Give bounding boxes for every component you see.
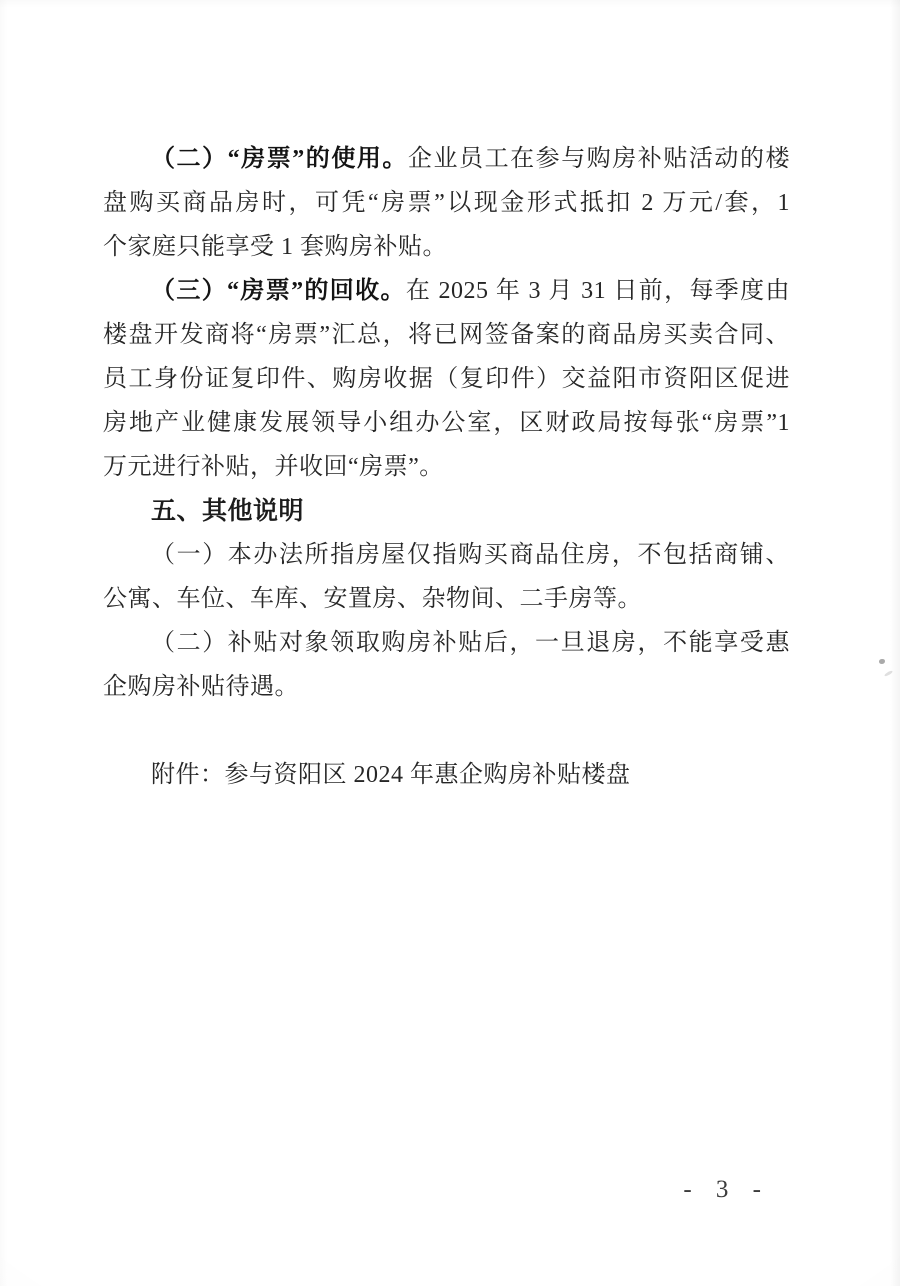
attachment-line: 附件：参与资阳区 2024 年惠企购房补贴楼盘 <box>103 753 790 797</box>
paragraph-text: 公寓、车位、车库、安置房、杂物间、二手房等。 <box>103 586 642 612</box>
paragraph-line: 公寓、车位、车库、安置房、杂物间、二手房等。 <box>103 577 790 621</box>
paragraph-text: 在 2025 年 3 月 31 日前，每季度由 <box>406 278 790 304</box>
paragraph-line: （三）“房票”的回收。在 2025 年 3 月 31 日前，每季度由 <box>103 269 790 313</box>
scan-speck <box>879 659 885 664</box>
paragraph-text: 企购房补贴待遇。 <box>103 674 299 700</box>
paragraph-line: （一）本办法所指房屋仅指购买商品住房，不包括商铺、 <box>103 533 790 577</box>
paragraph-text: 楼盘开发商将“房票”汇总，将已网签备案的商品房买卖合同、 <box>103 322 790 348</box>
paragraph-line: （二）“房票”的使用。企业员工在参与购房补贴活动的楼 <box>103 137 790 181</box>
paragraph-text: （一）本办法所指房屋仅指购买商品住房，不包括商铺、 <box>151 542 790 568</box>
section-heading-text: 五、其他说明 <box>151 497 304 525</box>
paragraph-line: （二）补贴对象领取购房补贴后，一旦退房，不能享受惠 <box>103 621 790 665</box>
attachment-text: 附件：参与资阳区 2024 年惠企购房补贴楼盘 <box>151 762 631 788</box>
page-number: - 3 - <box>683 1172 770 1208</box>
paragraph-text: 盘购买商品房时，可凭“房票”以现金形式抵扣 2 万元/套，1 <box>103 190 790 216</box>
document-page: （二）“房票”的使用。企业员工在参与购房补贴活动的楼 盘购买商品房时，可凭“房票… <box>0 0 900 1286</box>
paragraph-lead-bold: （三）“房票”的回收。 <box>151 278 406 304</box>
scan-smudge <box>884 670 893 677</box>
paragraph-lead-bold: （二）“房票”的使用。 <box>151 146 408 172</box>
paragraph-line: 盘购买商品房时，可凭“房票”以现金形式抵扣 2 万元/套，1 <box>103 181 790 225</box>
paragraph-text: 企业员工在参与购房补贴活动的楼 <box>408 146 790 172</box>
paragraph-text: 个家庭只能享受 1 套购房补贴。 <box>103 234 447 260</box>
paragraph-line: 企购房补贴待遇。 <box>103 665 790 709</box>
paragraph-line: 万元进行补贴，并收回“房票”。 <box>103 445 790 489</box>
document-body: （二）“房票”的使用。企业员工在参与购房补贴活动的楼 盘购买商品房时，可凭“房票… <box>103 137 790 797</box>
paragraph-text: 房地产业健康发展领导小组办公室，区财政局按每张“房票”1 <box>103 410 790 436</box>
paragraph-line: 楼盘开发商将“房票”汇总，将已网签备案的商品房买卖合同、 <box>103 313 790 357</box>
paragraph-line: 房地产业健康发展领导小组办公室，区财政局按每张“房票”1 <box>103 401 790 445</box>
paragraph-line: 员工身份证复印件、购房收据（复印件）交益阳市资阳区促进 <box>103 357 790 401</box>
paragraph-line: 个家庭只能享受 1 套购房补贴。 <box>103 225 790 269</box>
paragraph-text: 员工身份证复印件、购房收据（复印件）交益阳市资阳区促进 <box>103 366 790 392</box>
paragraph-text: （二）补贴对象领取购房补贴后，一旦退房，不能享受惠 <box>151 630 790 656</box>
paragraph-text: 万元进行补贴，并收回“房票”。 <box>103 454 444 480</box>
section-heading: 五、其他说明 <box>103 489 790 533</box>
